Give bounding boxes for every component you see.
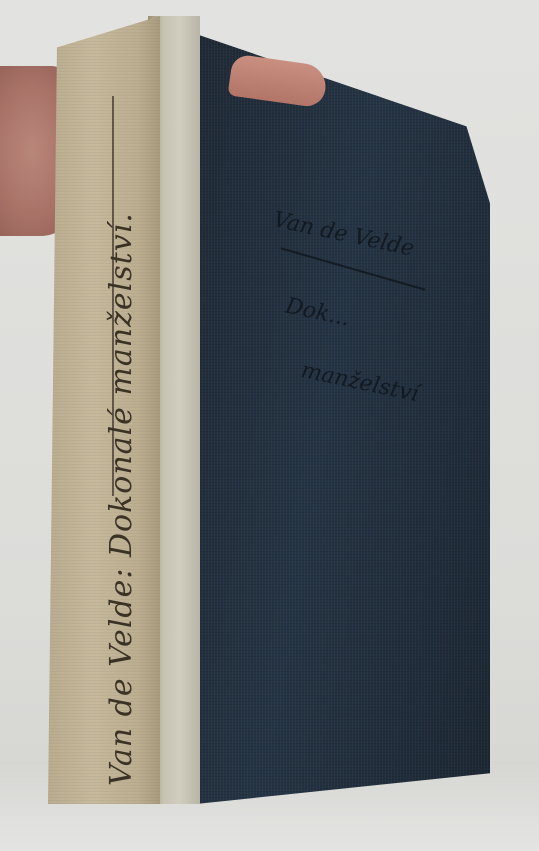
spine-label: Van de Velde: Dokonalé manželství. xyxy=(104,212,139,786)
book: Van de Velde: Dokonalé manželství. xyxy=(48,16,498,806)
photo-scene: Van de Velde: Dokonalé manželství. Van d… xyxy=(0,0,539,851)
book-spine: Van de Velde: Dokonalé manželství. xyxy=(48,16,160,804)
book-cover xyxy=(196,34,490,804)
